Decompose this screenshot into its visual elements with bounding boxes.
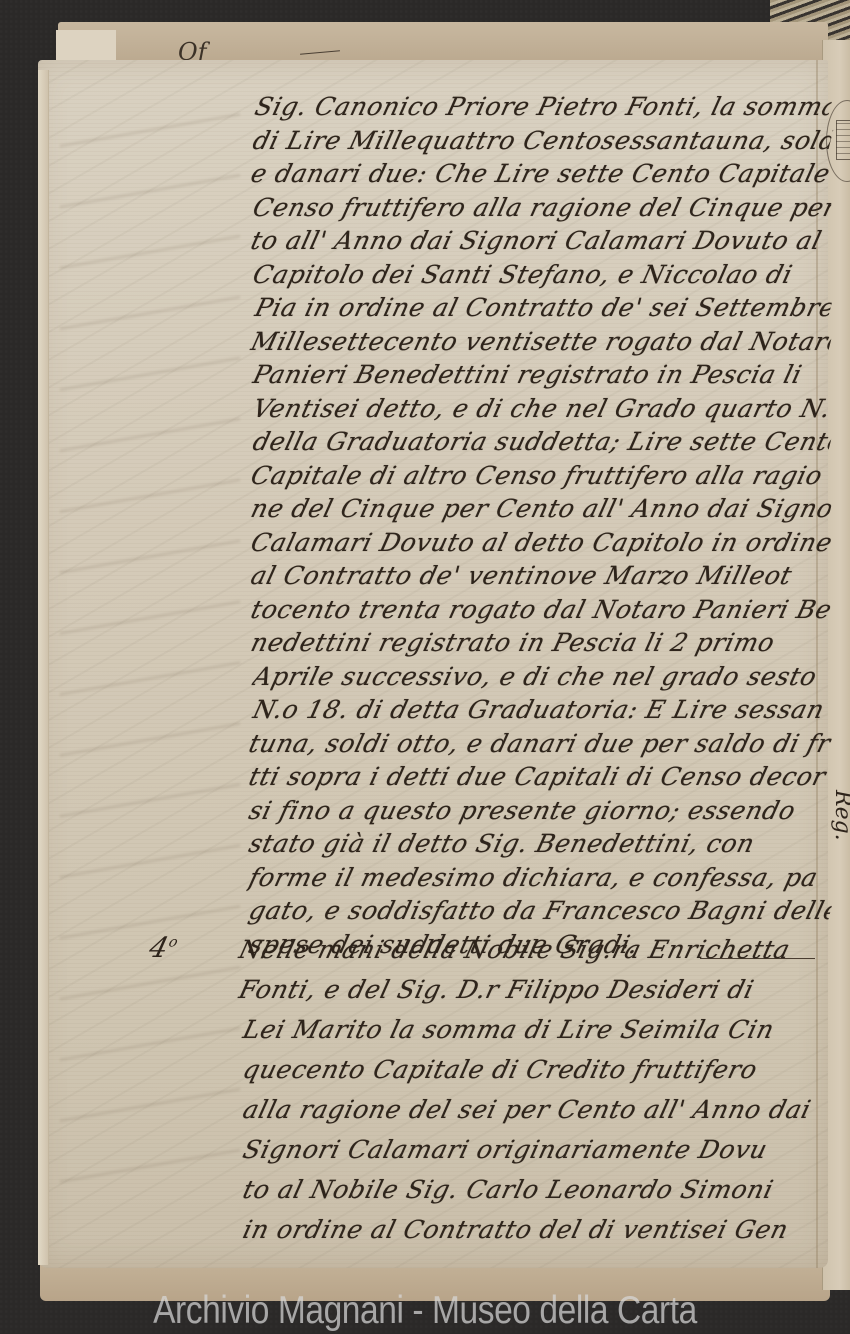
text-line: Fonti, e del Sig. D.r Filippo Desideri d… [236, 975, 834, 1004]
text-line: in ordine al Contratto del di ventisei G… [240, 1215, 834, 1244]
text-line: Nelle mani della Nobile Sig.ra Enrichett… [236, 935, 834, 964]
text-line: to al Nobile Sig. Carlo Leonardo Simoni [240, 1175, 834, 1204]
text-line: Lei Marito la somma di Lire Seimila Cin [240, 1015, 834, 1044]
text-line: Signori Calamari originariamente Dovu [240, 1135, 834, 1164]
archive-watermark: Archivio Magnani - Museo della Carta [60, 1288, 791, 1334]
margin-note: Reg. [830, 790, 850, 841]
item-4-text: Nelle mani della Nobile Sig.ra Enrichett… [0, 0, 850, 1334]
text-line: alla ragione del sei per Cento all' Anno… [240, 1095, 834, 1124]
text-line: quecento Capitale di Credito fruttifero [240, 1055, 834, 1084]
